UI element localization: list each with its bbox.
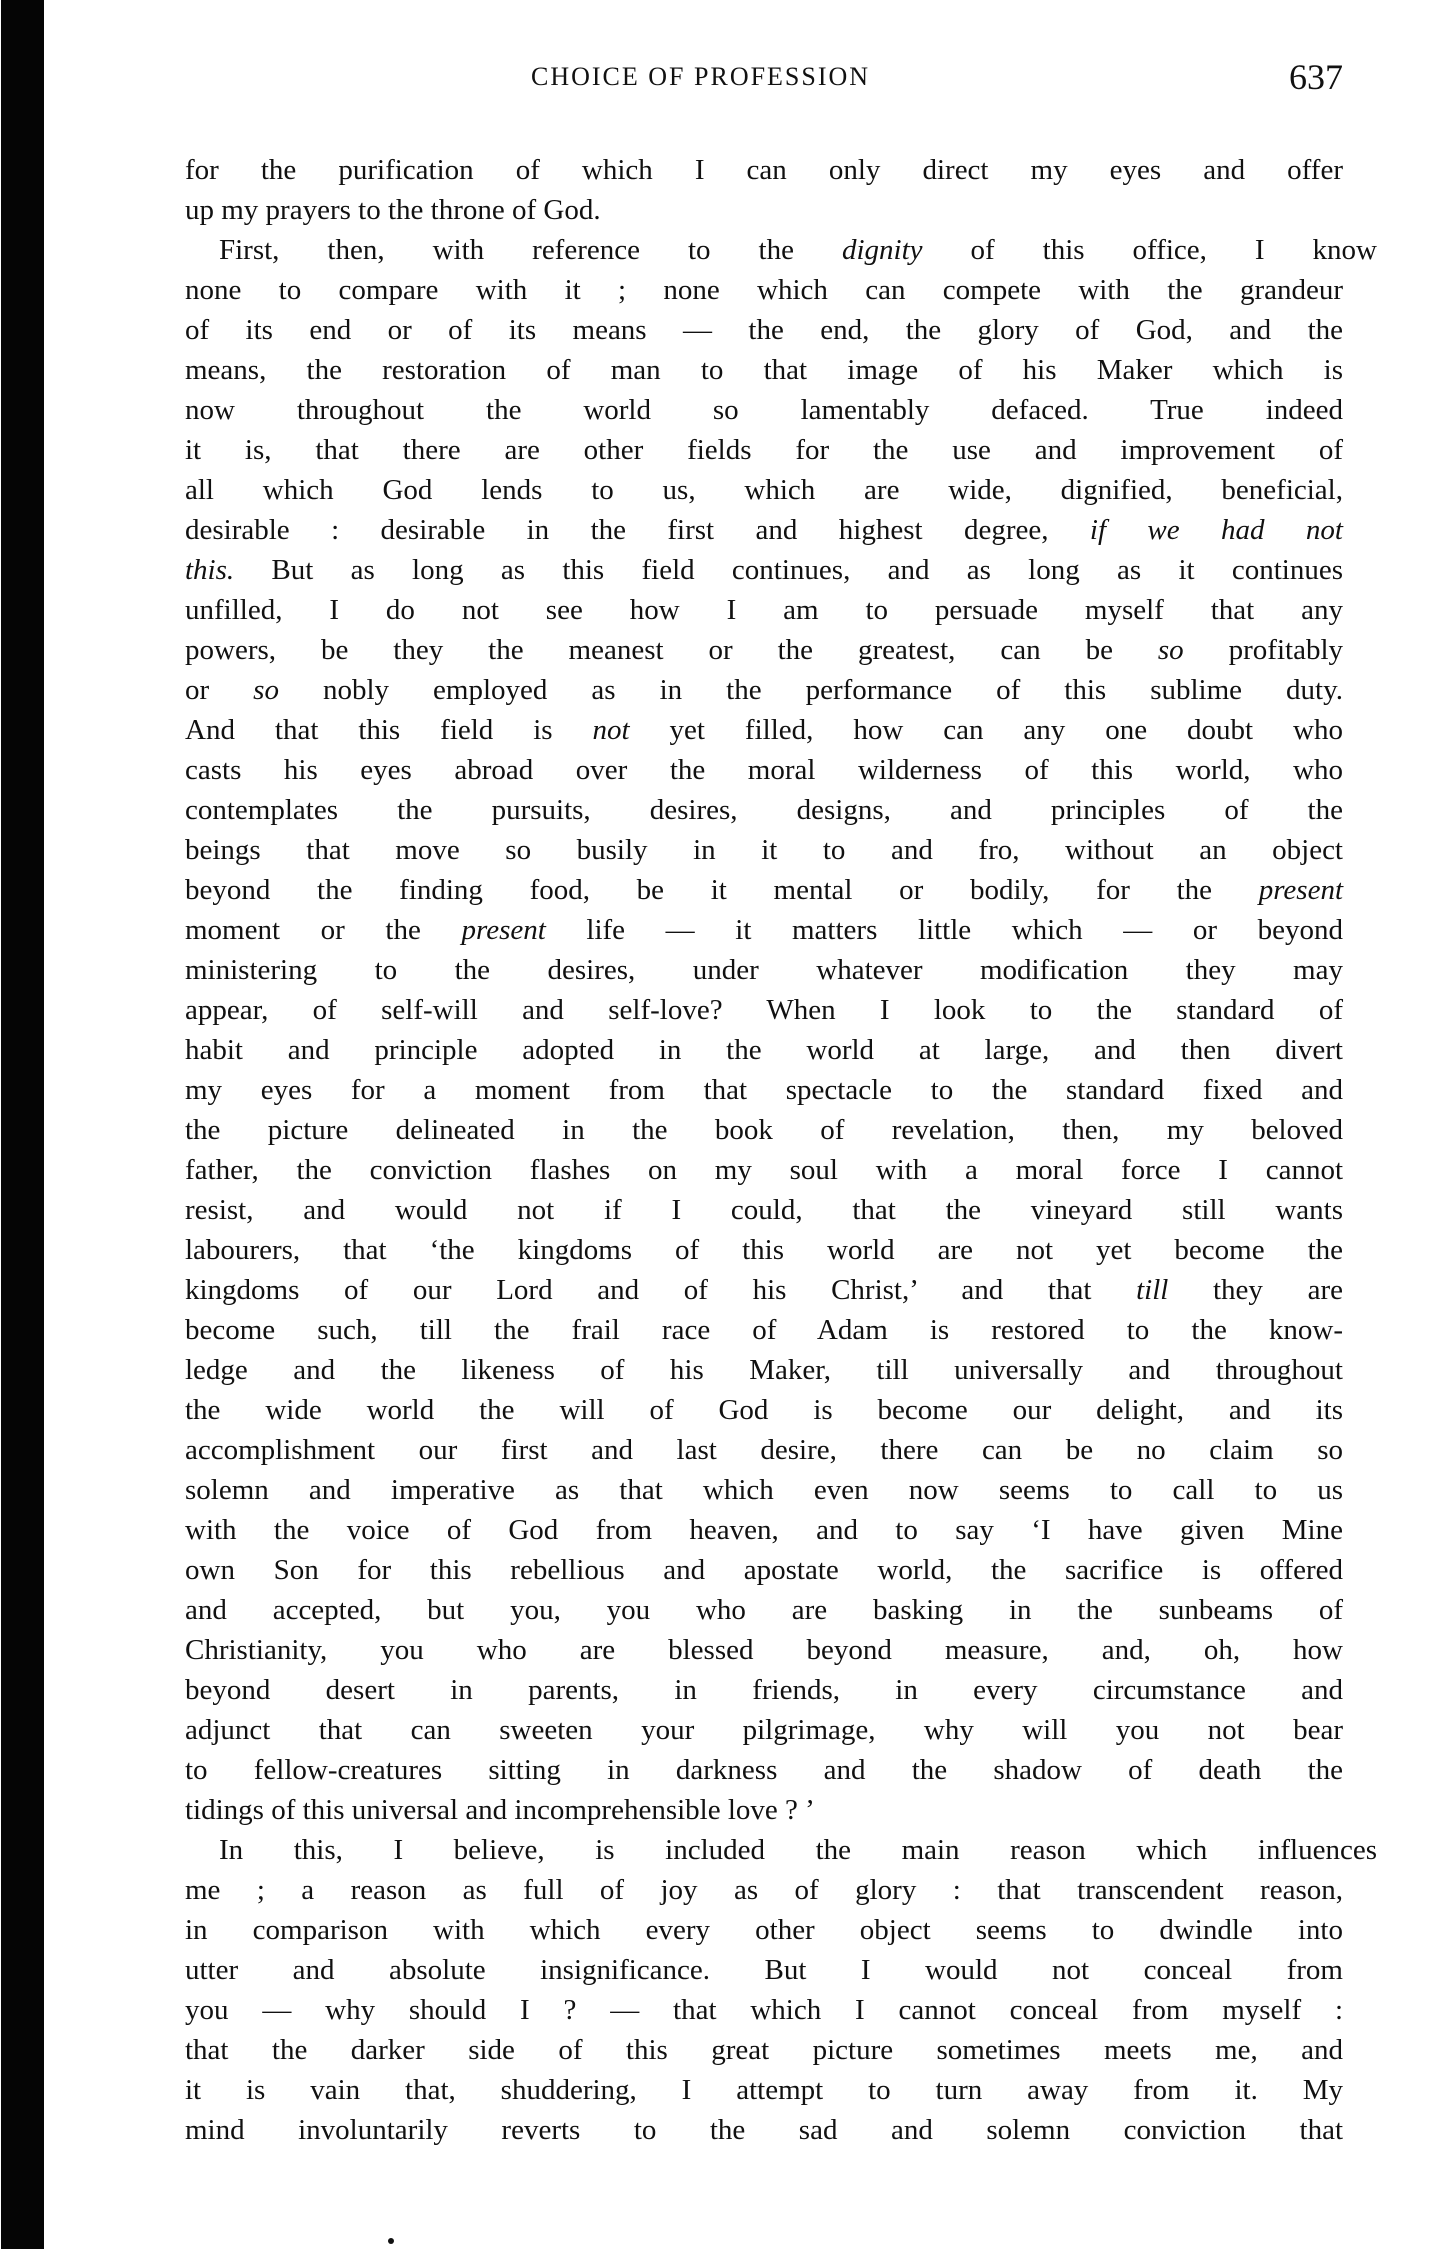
text-line: In this, I believe, is included the main…	[185, 1830, 1377, 1870]
paragraph: First, then, with reference to the digni…	[185, 230, 1343, 1830]
text-line: you — why should I ? — that which I cann…	[185, 1990, 1343, 2030]
text-line: it is vain that, shuddering, I attempt t…	[185, 2070, 1343, 2110]
text-line: appear, of self-will and self-love? When…	[185, 990, 1343, 1030]
text-line: own Son for this rebellious and apostate…	[185, 1550, 1343, 1590]
text-line: this. But as long as this field continue…	[185, 550, 1343, 590]
emphasis: not	[593, 714, 630, 746]
text-line: labourers, that ‘the kingdoms of this wo…	[185, 1230, 1343, 1270]
emphasis: so	[1158, 634, 1184, 666]
text-line: with the voice of God from heaven, and t…	[185, 1510, 1343, 1550]
text-line: desirable : desirable in the first and h…	[185, 510, 1343, 550]
text-line: casts his eyes abroad over the moral wil…	[185, 750, 1343, 790]
text-line: means, the restoration of man to that im…	[185, 350, 1343, 390]
emphasis: present	[1259, 874, 1343, 906]
text-line: beyond the finding food, be it mental or…	[185, 870, 1343, 910]
text-line: father, the conviction flashes on my sou…	[185, 1150, 1343, 1190]
text-line: to fellow-creatures sitting in darkness …	[185, 1750, 1343, 1790]
text-line: become such, till the frail race of Adam…	[185, 1310, 1343, 1350]
text-line: utter and absolute insignificance. But I…	[185, 1950, 1343, 1990]
emphasis: present	[461, 914, 545, 946]
text-line: up my prayers to the throne of God.	[185, 190, 1343, 230]
emphasis: dignity	[842, 234, 923, 266]
paragraph: In this, I believe, is included the main…	[185, 1830, 1343, 2150]
text-line: the wide world the will of God is become…	[185, 1390, 1343, 1430]
text-line: And that this field is not yet filled, h…	[185, 710, 1343, 750]
text-line: moment or the present life — it matters …	[185, 910, 1343, 950]
emphasis: this.	[185, 554, 234, 586]
emphasis: if we had not	[1090, 514, 1343, 546]
text-line: in comparison with which every other obj…	[185, 1910, 1343, 1950]
text-line: my eyes for a moment from that spectacle…	[185, 1070, 1343, 1110]
emphasis: till	[1136, 1274, 1168, 1306]
text-line: mind involuntarily reverts to the sad an…	[185, 2110, 1343, 2150]
text-line: unfilled, I do not see how I am to persu…	[185, 590, 1343, 630]
text-line: me ; a reason as full of joy as of glory…	[185, 1870, 1343, 1910]
running-title: CHOICE OF PROFESSION	[531, 62, 870, 92]
text-line: it is, that there are other fields for t…	[185, 430, 1343, 470]
text-line: that the darker side of this great pictu…	[185, 2030, 1343, 2070]
text-line: accomplishment our first and last desire…	[185, 1430, 1343, 1470]
emphasis: so	[253, 674, 279, 706]
text-line: contemplates the pursuits, desires, desi…	[185, 790, 1343, 830]
text-line: the picture delineated in the book of re…	[185, 1110, 1343, 1150]
body-text: for the purification of which I can only…	[185, 150, 1343, 2150]
text-line: all which God lends to us, which are wid…	[185, 470, 1343, 510]
page-number: 637	[1289, 56, 1343, 98]
text-line: Christianity, you who are blessed beyond…	[185, 1630, 1343, 1670]
running-head: CHOICE OF PROFESSION 637	[185, 62, 1343, 102]
text-line: beyond desert in parents, in friends, in…	[185, 1670, 1343, 1710]
paragraph: for the purification of which I can only…	[185, 150, 1343, 230]
text-line: ledge and the likeness of his Maker, til…	[185, 1350, 1343, 1390]
text-line: for the purification of which I can only…	[185, 150, 1343, 190]
text-line: powers, be they the meanest or the great…	[185, 630, 1343, 670]
text-line: and accepted, but you, you who are baski…	[185, 1590, 1343, 1630]
text-line: solemn and imperative as that which even…	[185, 1470, 1343, 1510]
text-line: habit and principle adopted in the world…	[185, 1030, 1343, 1070]
page-binding-edge	[1, 0, 44, 2249]
text-line: tidings of this universal and incomprehe…	[185, 1790, 1343, 1830]
text-line: ministering to the desires, under whatev…	[185, 950, 1343, 990]
text-line: of its end or of its means — the end, th…	[185, 310, 1343, 350]
text-line: none to compare with it ; none which can…	[185, 270, 1343, 310]
text-line: beings that move so busily in it to and …	[185, 830, 1343, 870]
text-line: adjunct that can sweeten your pilgrimage…	[185, 1710, 1343, 1750]
text-line: now throughout the world so lamentably d…	[185, 390, 1343, 430]
text-line: resist, and would not if I could, that t…	[185, 1190, 1343, 1230]
text-line: First, then, with reference to the digni…	[185, 230, 1377, 270]
text-line: kingdoms of our Lord and of his Christ,’…	[185, 1270, 1343, 1310]
print-speck	[388, 2238, 394, 2244]
text-line: or so nobly employed as in the performan…	[185, 670, 1343, 710]
